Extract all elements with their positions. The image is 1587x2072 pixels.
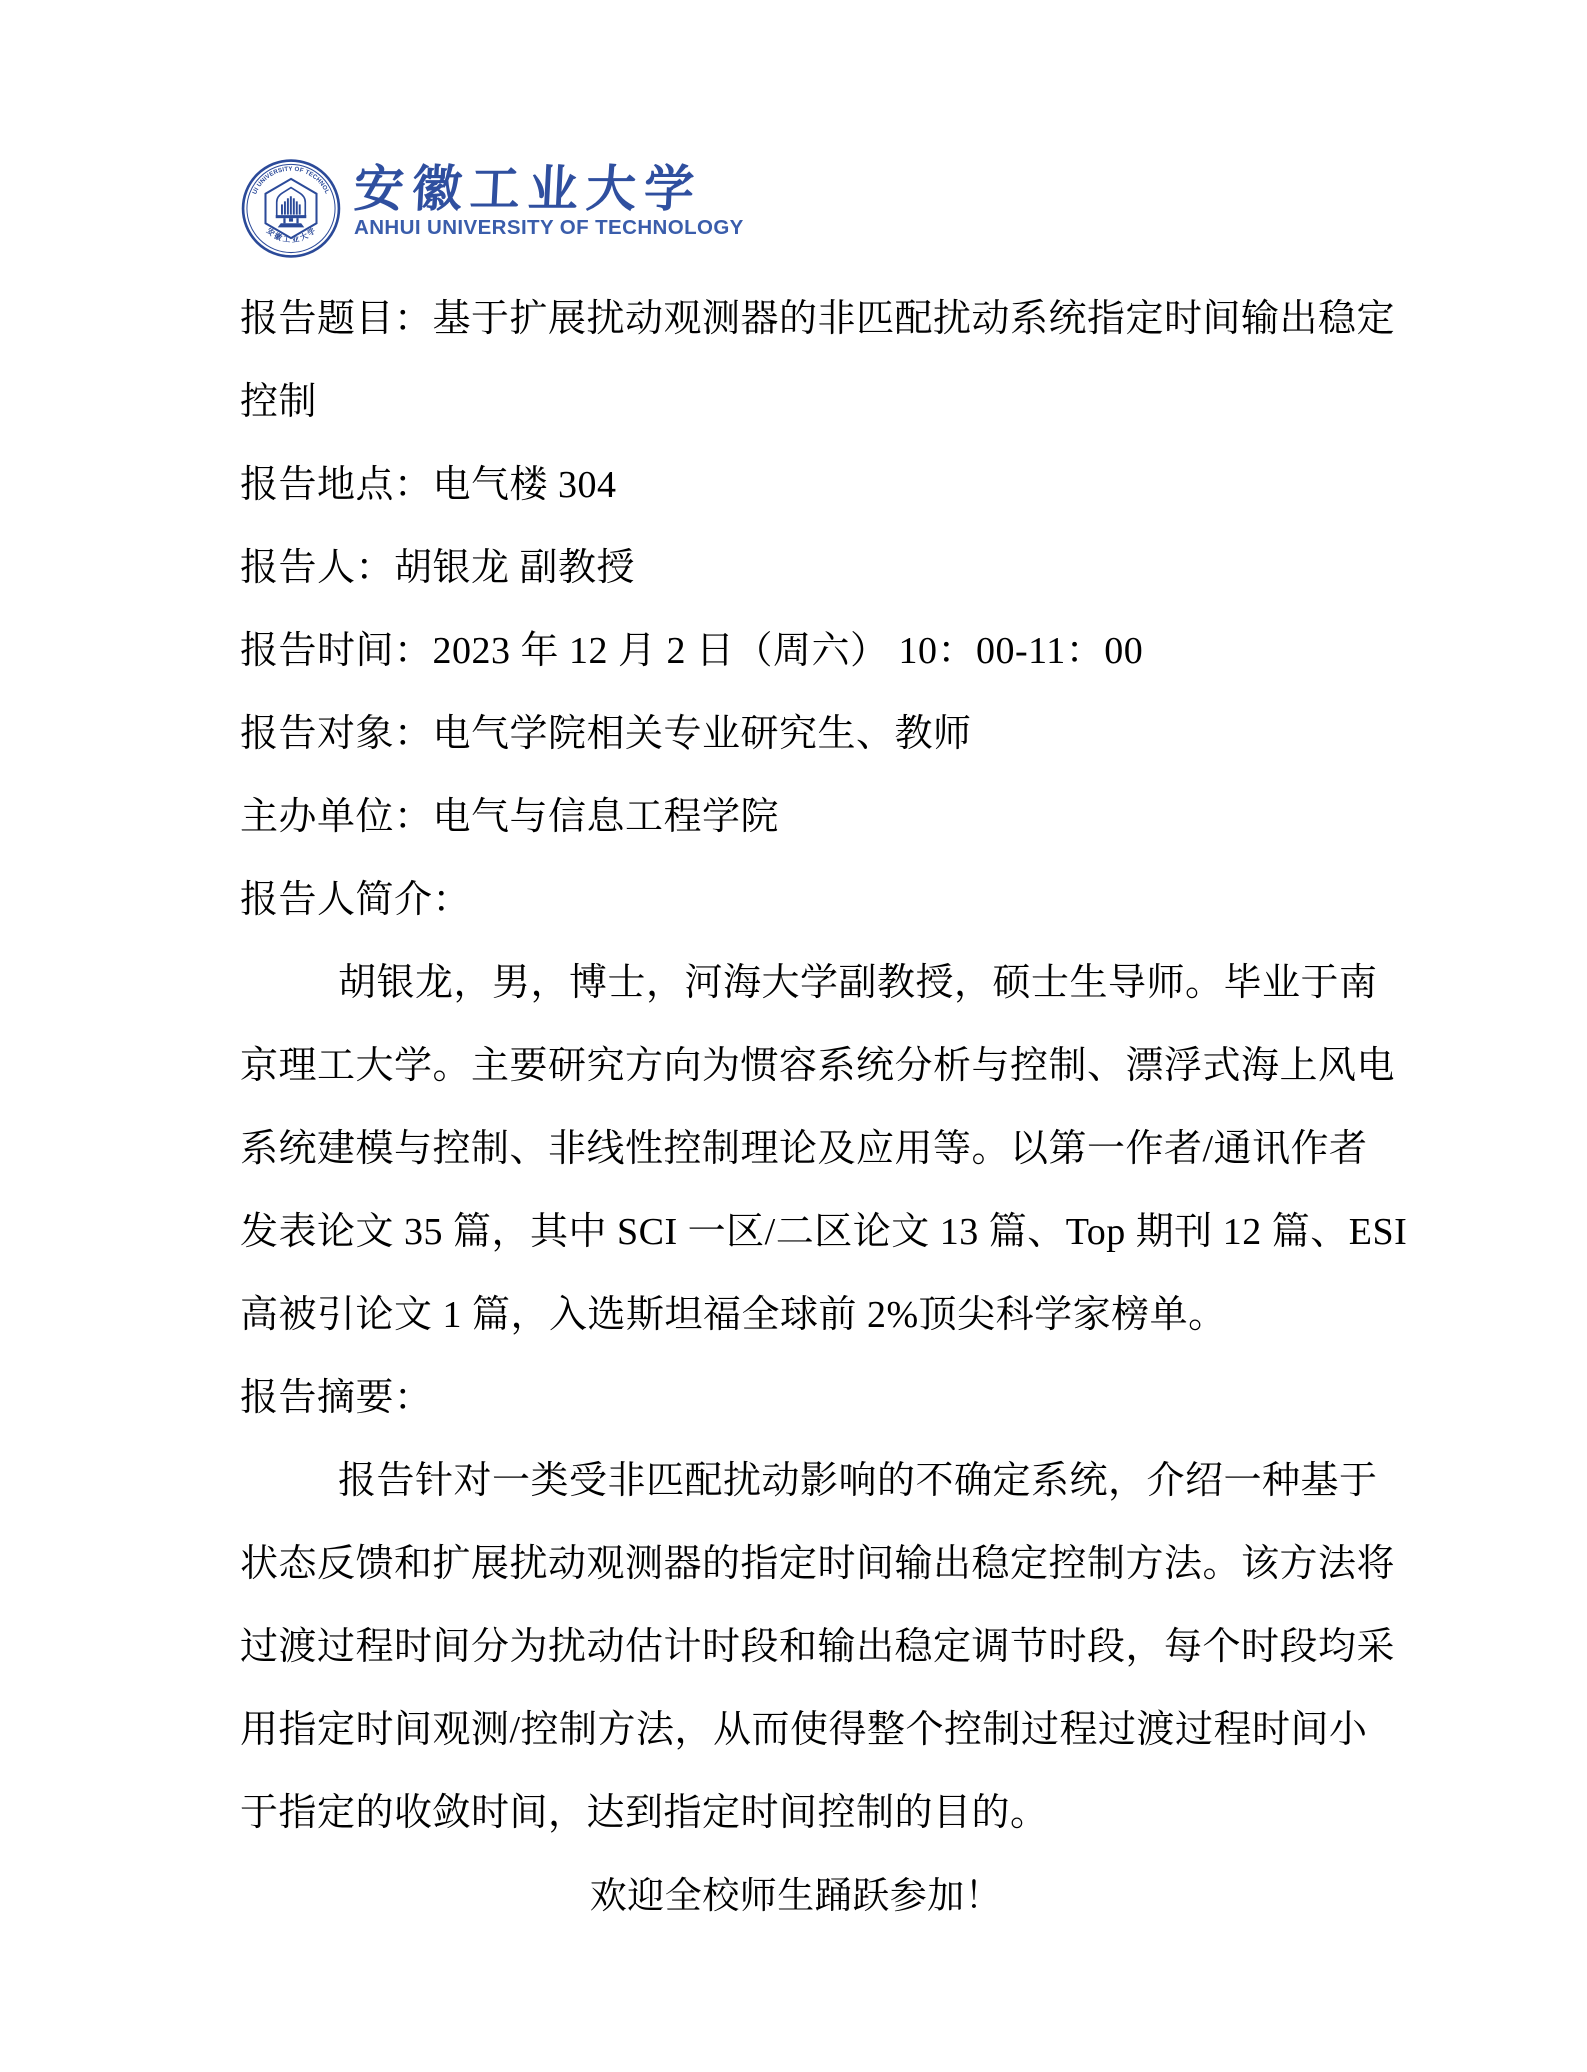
university-wordmark: 安徽工业大学 ANHUI UNIVERSITY OF TECHNOLOGY <box>354 155 744 239</box>
abstract-line-3: 过渡过程时间分为扰动估计时段和输出稳定调节时段，每个时段均采 <box>240 1606 1352 1689</box>
university-name-en: ANHUI UNIVERSITY OF TECHNOLOGY <box>354 217 744 239</box>
seal-building-icon <box>276 188 307 228</box>
report-title-line-1: 报告题目：基于扩展扰动观测器的非匹配扰动系统指定时间输出稳定 <box>240 278 1352 361</box>
abstract-line-2: 状态反馈和扩展扰动观测器的指定时间输出稳定控制方法。该方法将 <box>240 1523 1352 1606</box>
speaker-bio-heading: 报告人简介： <box>240 859 1352 942</box>
report-time-line: 报告时间：2023 年 12 月 2 日（周六） 10：00-11：00 <box>240 610 1352 693</box>
seminar-notice-page: ANHUI UNIVERSITY OF TECHNOLOGY 安 徽 工 业 大… <box>0 0 1587 2072</box>
university-name-cn: 安徽工业大学 <box>353 163 745 215</box>
report-location-line: 报告地点：电气楼 304 <box>240 444 1352 527</box>
welcome-line: 欢迎全校师生踊跃参加！ <box>240 1855 1352 1938</box>
abstract-line-5: 于指定的收敛时间，达到指定时间控制的目的。 <box>240 1772 1352 1855</box>
abstract-line-4: 用指定时间观测/控制方法，从而使得整个控制过程过渡过程时间小 <box>240 1689 1352 1772</box>
speaker-bio-line-5: 高被引论文 1 篇，入选斯坦福全球前 2%顶尖科学家榜单。 <box>240 1274 1352 1357</box>
speaker-bio-line-4: 发表论文 35 篇，其中 SCI 一区/二区论文 13 篇、Top 期刊 12 … <box>240 1191 1352 1274</box>
report-audience-line: 报告对象：电气学院相关专业研究生、教师 <box>240 693 1352 776</box>
report-organizer-line: 主办单位：电气与信息工程学院 <box>240 776 1352 859</box>
speaker-bio-line-1: 胡银龙，男，博士，河海大学副教授，硕士生导师。毕业于南 <box>240 942 1352 1025</box>
speaker-bio-line-3: 系统建模与控制、非线性控制理论及应用等。以第一作者/通讯作者 <box>240 1108 1352 1191</box>
university-seal-icon: ANHUI UNIVERSITY OF TECHNOLOGY 安 徽 工 业 大… <box>240 155 342 263</box>
notice-body: 报告题目：基于扩展扰动观测器的非匹配扰动系统指定时间输出稳定 控制 报告地点：电… <box>240 278 1352 1938</box>
report-title-line-2: 控制 <box>240 361 1352 444</box>
speaker-bio-line-2: 京理工大学。主要研究方向为惯容系统分析与控制、漂浮式海上风电 <box>240 1025 1352 1108</box>
abstract-heading: 报告摘要： <box>240 1357 1352 1440</box>
university-logo: ANHUI UNIVERSITY OF TECHNOLOGY 安 徽 工 业 大… <box>240 155 744 265</box>
abstract-line-1: 报告针对一类受非匹配扰动影响的不确定系统，介绍一种基于 <box>240 1440 1352 1523</box>
report-speaker-line: 报告人：胡银龙 副教授 <box>240 527 1352 610</box>
